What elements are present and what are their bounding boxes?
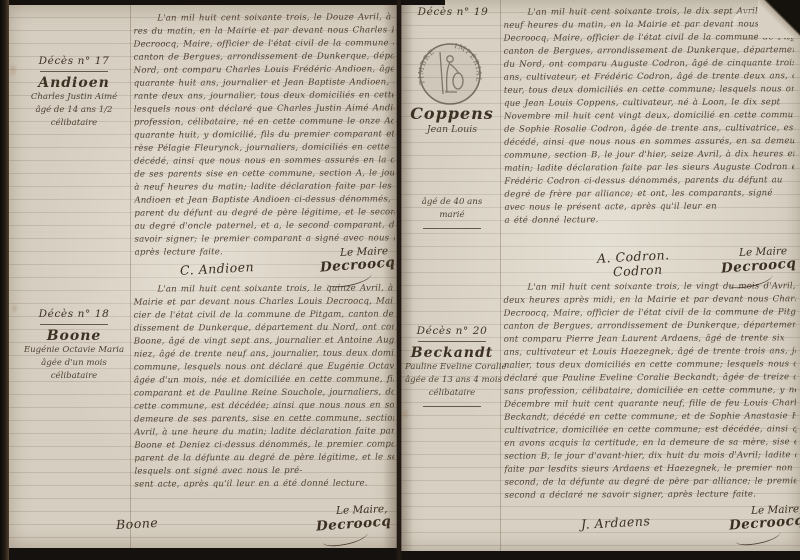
- signature-codron: Codron: [613, 262, 663, 280]
- page-gutter: [396, 0, 402, 560]
- manuscript-line: niez, âgé de trente neuf ans, journalier…: [134, 347, 394, 361]
- margin-divider: [40, 324, 108, 325]
- margin-divider: [423, 406, 481, 407]
- manuscript-line: Boone, âgé de vingt sept ans, journalier…: [134, 334, 394, 348]
- manuscript-line: au degré d'oncle paternel, et a, le seco…: [134, 219, 394, 233]
- manuscript-line: degré de frère par alliance; et ont, les…: [504, 187, 794, 202]
- record-18-detail: âgée d'un mois: [20, 357, 128, 370]
- paper-stain: [10, 65, 16, 75]
- margin-note-deces-18: Décès n° 18 Boone Eugénie Octavie Maria …: [20, 308, 128, 383]
- manuscript-line: a été donné lecture.: [505, 213, 795, 228]
- manuscript-line: lesquels nous ont déclaré que Charles Ju…: [134, 102, 394, 116]
- left-page: Décès n° 17 Andioen Charles Justin Aimé …: [8, 5, 397, 548]
- margin-note-deces-19: Coppens Jean Louis: [405, 104, 499, 136]
- manuscript-line: second a déclaré ne savoir signer, après…: [505, 488, 797, 503]
- record-19-detail: âgé de 40 ans: [405, 196, 499, 209]
- record-18-detail: célibataire: [20, 370, 128, 383]
- manuscript-line: res du matin, en la Mairie et par devant…: [133, 24, 393, 38]
- timbre-imperial-stamp-icon: TIMBRE IMPÉRIAL: [416, 40, 484, 108]
- manuscript-line: canton de Bergues, arrondissement de Dun…: [134, 50, 394, 64]
- record-17-detail: Charles Justin Aimé: [20, 91, 128, 104]
- record-19-deceased-firstnames: Jean Louis: [405, 123, 499, 136]
- record-19-heading: Décès n° 19: [407, 6, 499, 18]
- page-top-notch: [401, 0, 445, 5]
- record-18-deceased-name: Boone: [20, 328, 128, 344]
- margin-divider: [40, 71, 108, 72]
- manuscript-line: demeure de ses parents, sise en cette co…: [134, 412, 394, 426]
- right-page: Décès n° 19 TIMBRE IMPÉRIAL: [401, 0, 800, 551]
- record-20-deceased-name: Beckandt: [405, 345, 499, 361]
- manuscript-line: Andioen et Jean Baptiste Andioen ci-dess…: [134, 193, 394, 207]
- record-17-detail: célibataire: [20, 117, 128, 130]
- manuscript-line: de ses parents sise en cette commune, se…: [134, 167, 394, 181]
- record-19-detail: marié: [405, 209, 499, 222]
- manuscript-line: quarante huit ans, journalier et Jean Ba…: [134, 76, 394, 90]
- manuscript-line: lesquels ont signé avec nous le pré-: [134, 464, 394, 478]
- record-20-heading: Décès n° 20: [405, 325, 499, 337]
- manuscript-line: parent de la défunte au degré de père lé…: [134, 451, 394, 465]
- record-17-body: L'an mil huit cent soixante trois, le Do…: [133, 11, 394, 259]
- signature-ardaens: J. Ardaens: [581, 513, 651, 532]
- manuscript-line: quarante huit, y domicilié, fils du prem…: [134, 128, 394, 142]
- manuscript-line: commune, lesquels nous ont déclaré que E…: [134, 360, 394, 374]
- paper-stain: [12, 305, 17, 312]
- margin-note-deces-19-age: âgé de 40 ans marié: [405, 196, 499, 232]
- record-17-heading: Décès n° 17: [20, 55, 128, 67]
- manuscript-line: Nord, ont comparu Charles Louis Frédéric…: [134, 63, 394, 77]
- margin-note-deces-17: Décès n° 17 Andioen Charles Justin Aimé …: [20, 55, 128, 130]
- manuscript-line: Avril, à une heure du matin; ladite décl…: [134, 425, 394, 439]
- manuscript-line: profession, célibataire, né en cette com…: [134, 115, 394, 129]
- left-page-margin-rule: [130, 5, 131, 548]
- manuscript-line: comparant et de Pauline Reine Souchole, …: [134, 386, 394, 400]
- manuscript-line: L'an mil huit cent soixante trois, le qu…: [133, 282, 393, 296]
- manuscript-line: décédé, ainsi que nous nous en sommes as…: [134, 154, 394, 168]
- book-binding-edge: [0, 0, 9, 560]
- manuscript-line: savoir signer; le premier comparant a si…: [135, 232, 395, 246]
- record-17-detail: âgé de 14 ans 1/2: [20, 104, 128, 117]
- manuscript-line: L'an mil huit cent soixante trois, le Do…: [133, 11, 393, 25]
- record-20-detail: Pauline Eveline Coralie: [405, 361, 499, 374]
- paper-stain: [403, 410, 408, 418]
- manuscript-line: cier de l'état civil de la commune de Pi…: [134, 308, 394, 322]
- manuscript-line: rante deux ans, journalier, tous deux do…: [134, 89, 394, 103]
- manuscript-line: Mairie et par devant nous Charles Louis …: [134, 295, 394, 309]
- manuscript-line: cette commune, est décédée; ainsi que no…: [134, 399, 394, 413]
- manuscript-line: Boone et Deniez ci-dessus dénommés, le p…: [134, 438, 394, 452]
- right-page-margin-rule: [500, 0, 501, 551]
- manuscript-line: sent acte, après qu'il leur en a été don…: [134, 477, 394, 491]
- margin-note-deces-20: Décès n° 20 Beckandt Pauline Eveline Cor…: [405, 325, 499, 410]
- record-17-deceased-name: Andioen: [20, 75, 128, 91]
- signature-boone: Boone: [116, 515, 159, 532]
- record-20-body: L'an mil huit cent soixante trois, le vi…: [503, 280, 796, 503]
- manuscript-line: dissement de Dunkerque, département du N…: [134, 321, 394, 335]
- signature-andioen: C. Andioen: [180, 259, 255, 278]
- manuscript-line: Decroocq, Maire, officier de l'état civi…: [133, 37, 393, 51]
- record-19-deceased-name: Coppens: [405, 104, 499, 123]
- record-18-heading: Décès n° 18: [20, 308, 128, 320]
- manuscript-line: parent du défunt au degré de père légiti…: [134, 206, 394, 220]
- margin-divider: [423, 228, 481, 229]
- margin-divider: [418, 341, 486, 342]
- page-corner-curl: [758, 0, 800, 38]
- register-scan: Décès n° 17 Andioen Charles Justin Aimé …: [0, 0, 800, 560]
- record-20-detail: célibataire: [405, 387, 499, 400]
- manuscript-line: rèse Pélagie Fleurynck, journaliers, dom…: [134, 141, 394, 155]
- record-18-detail: Eugénie Octavie Maria: [20, 344, 128, 357]
- manuscript-line: à neuf heures du matin; ladite déclarati…: [134, 180, 394, 194]
- manuscript-line: âgée d'un mois, née et domiciliée en cet…: [134, 373, 394, 387]
- record-20-detail: âgée de 13 ans 4 mois: [405, 374, 499, 387]
- record-18-body: L'an mil huit cent soixante trois, le qu…: [133, 282, 394, 491]
